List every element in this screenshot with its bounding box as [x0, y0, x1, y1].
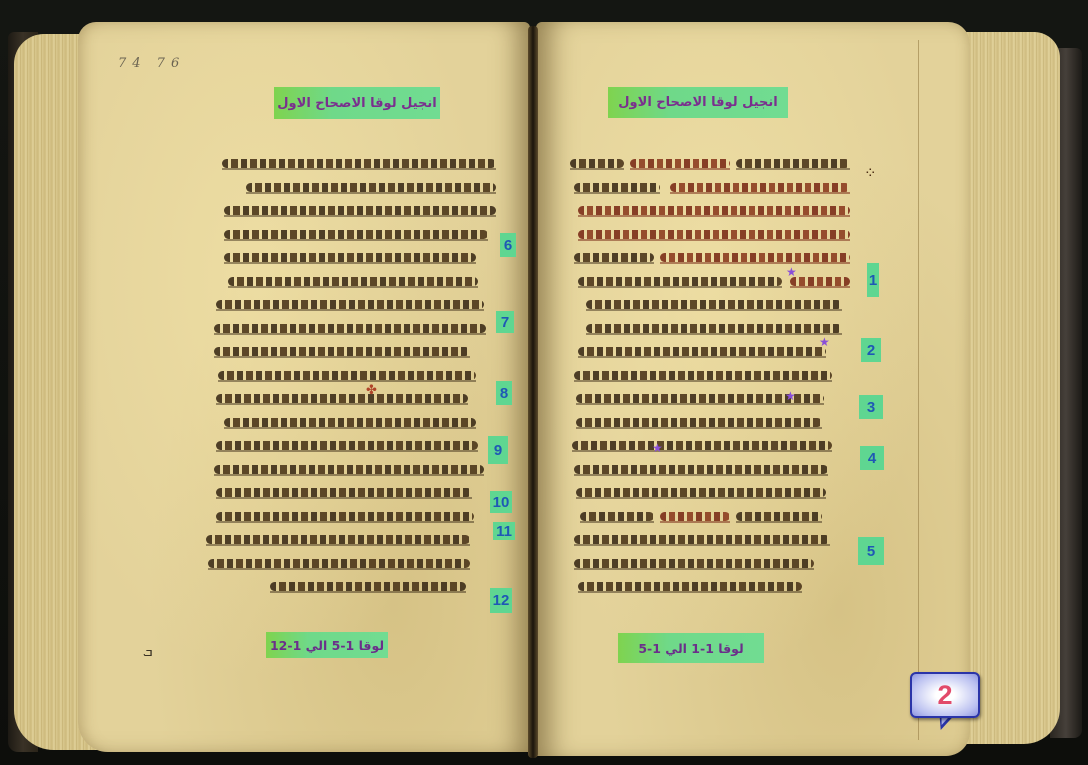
quire-mark: ܒ — [143, 644, 153, 660]
four-dot-ornament-icon: ⁘ — [864, 166, 877, 181]
script-line — [570, 176, 850, 200]
verse-number-10: 10 — [490, 491, 512, 513]
script-line — [196, 317, 496, 341]
verse-number-2: 2 — [861, 338, 881, 362]
script-line — [570, 340, 850, 364]
right-page-verse-range-label: لوقا 1-1 الي 1-5 — [618, 633, 764, 663]
book-gutter — [528, 26, 538, 758]
verse-marker-star-icon: ★ — [819, 336, 830, 348]
script-line — [570, 552, 850, 576]
page-stack-right — [960, 32, 1060, 744]
script-line — [196, 528, 496, 552]
script-line — [570, 528, 850, 552]
script-line — [196, 152, 496, 176]
script-line — [570, 505, 850, 529]
verse-marker-star-icon: ★ — [786, 266, 797, 278]
left-page-syriac-text — [196, 152, 496, 622]
verse-number-6: 6 — [500, 233, 516, 257]
verse-number-7: 7 — [496, 311, 514, 333]
right-page-syriac-text — [570, 152, 850, 612]
script-line — [196, 434, 496, 458]
script-line — [570, 223, 850, 247]
script-line — [570, 364, 850, 388]
folio-number-note: 74 76 — [118, 56, 185, 71]
script-line — [570, 434, 850, 458]
verse-number-1: 1 — [867, 263, 879, 297]
red-cross-ornament-icon: ✤ — [366, 383, 377, 398]
verse-number-9: 9 — [488, 436, 508, 464]
left-page-verse-range-label: لوقا 1-5 الي 1-12 — [266, 632, 388, 658]
script-line — [196, 505, 496, 529]
script-line — [570, 458, 850, 482]
verse-number-3: 3 — [859, 395, 883, 419]
script-line — [570, 270, 850, 294]
verse-marker-star-icon: ★ — [785, 390, 796, 402]
verse-marker-star-icon: ★ — [652, 442, 663, 454]
script-line — [196, 552, 496, 576]
verse-number-11: 11 — [493, 522, 515, 540]
script-line — [570, 199, 850, 223]
verse-number-5: 5 — [858, 537, 884, 565]
page-number-badge[interactable]: 2 — [910, 672, 980, 718]
script-line — [196, 387, 496, 411]
script-line — [196, 246, 496, 270]
script-line — [196, 481, 496, 505]
page-fold-line — [918, 40, 919, 740]
script-line — [196, 458, 496, 482]
script-line — [570, 481, 850, 505]
verse-number-12: 12 — [490, 588, 512, 613]
script-line — [196, 411, 496, 435]
script-line — [196, 199, 496, 223]
right-page-chapter-header: انجيل لوقا الاصحاح الاول — [608, 87, 788, 118]
script-line — [570, 293, 850, 317]
script-line — [570, 411, 850, 435]
script-line — [196, 364, 496, 388]
verse-number-4: 4 — [860, 446, 884, 470]
script-line — [570, 317, 850, 341]
script-line — [570, 387, 850, 411]
script-line — [570, 152, 850, 176]
left-page-chapter-header: انجيل لوقا الاصحاح الاول — [274, 87, 440, 119]
script-line — [196, 293, 496, 317]
script-line — [570, 246, 850, 270]
script-line — [196, 176, 496, 200]
script-line — [196, 340, 496, 364]
script-line — [570, 575, 850, 599]
verse-number-8: 8 — [496, 381, 512, 405]
script-line — [196, 270, 496, 294]
script-line — [196, 223, 496, 247]
script-line — [196, 575, 496, 599]
